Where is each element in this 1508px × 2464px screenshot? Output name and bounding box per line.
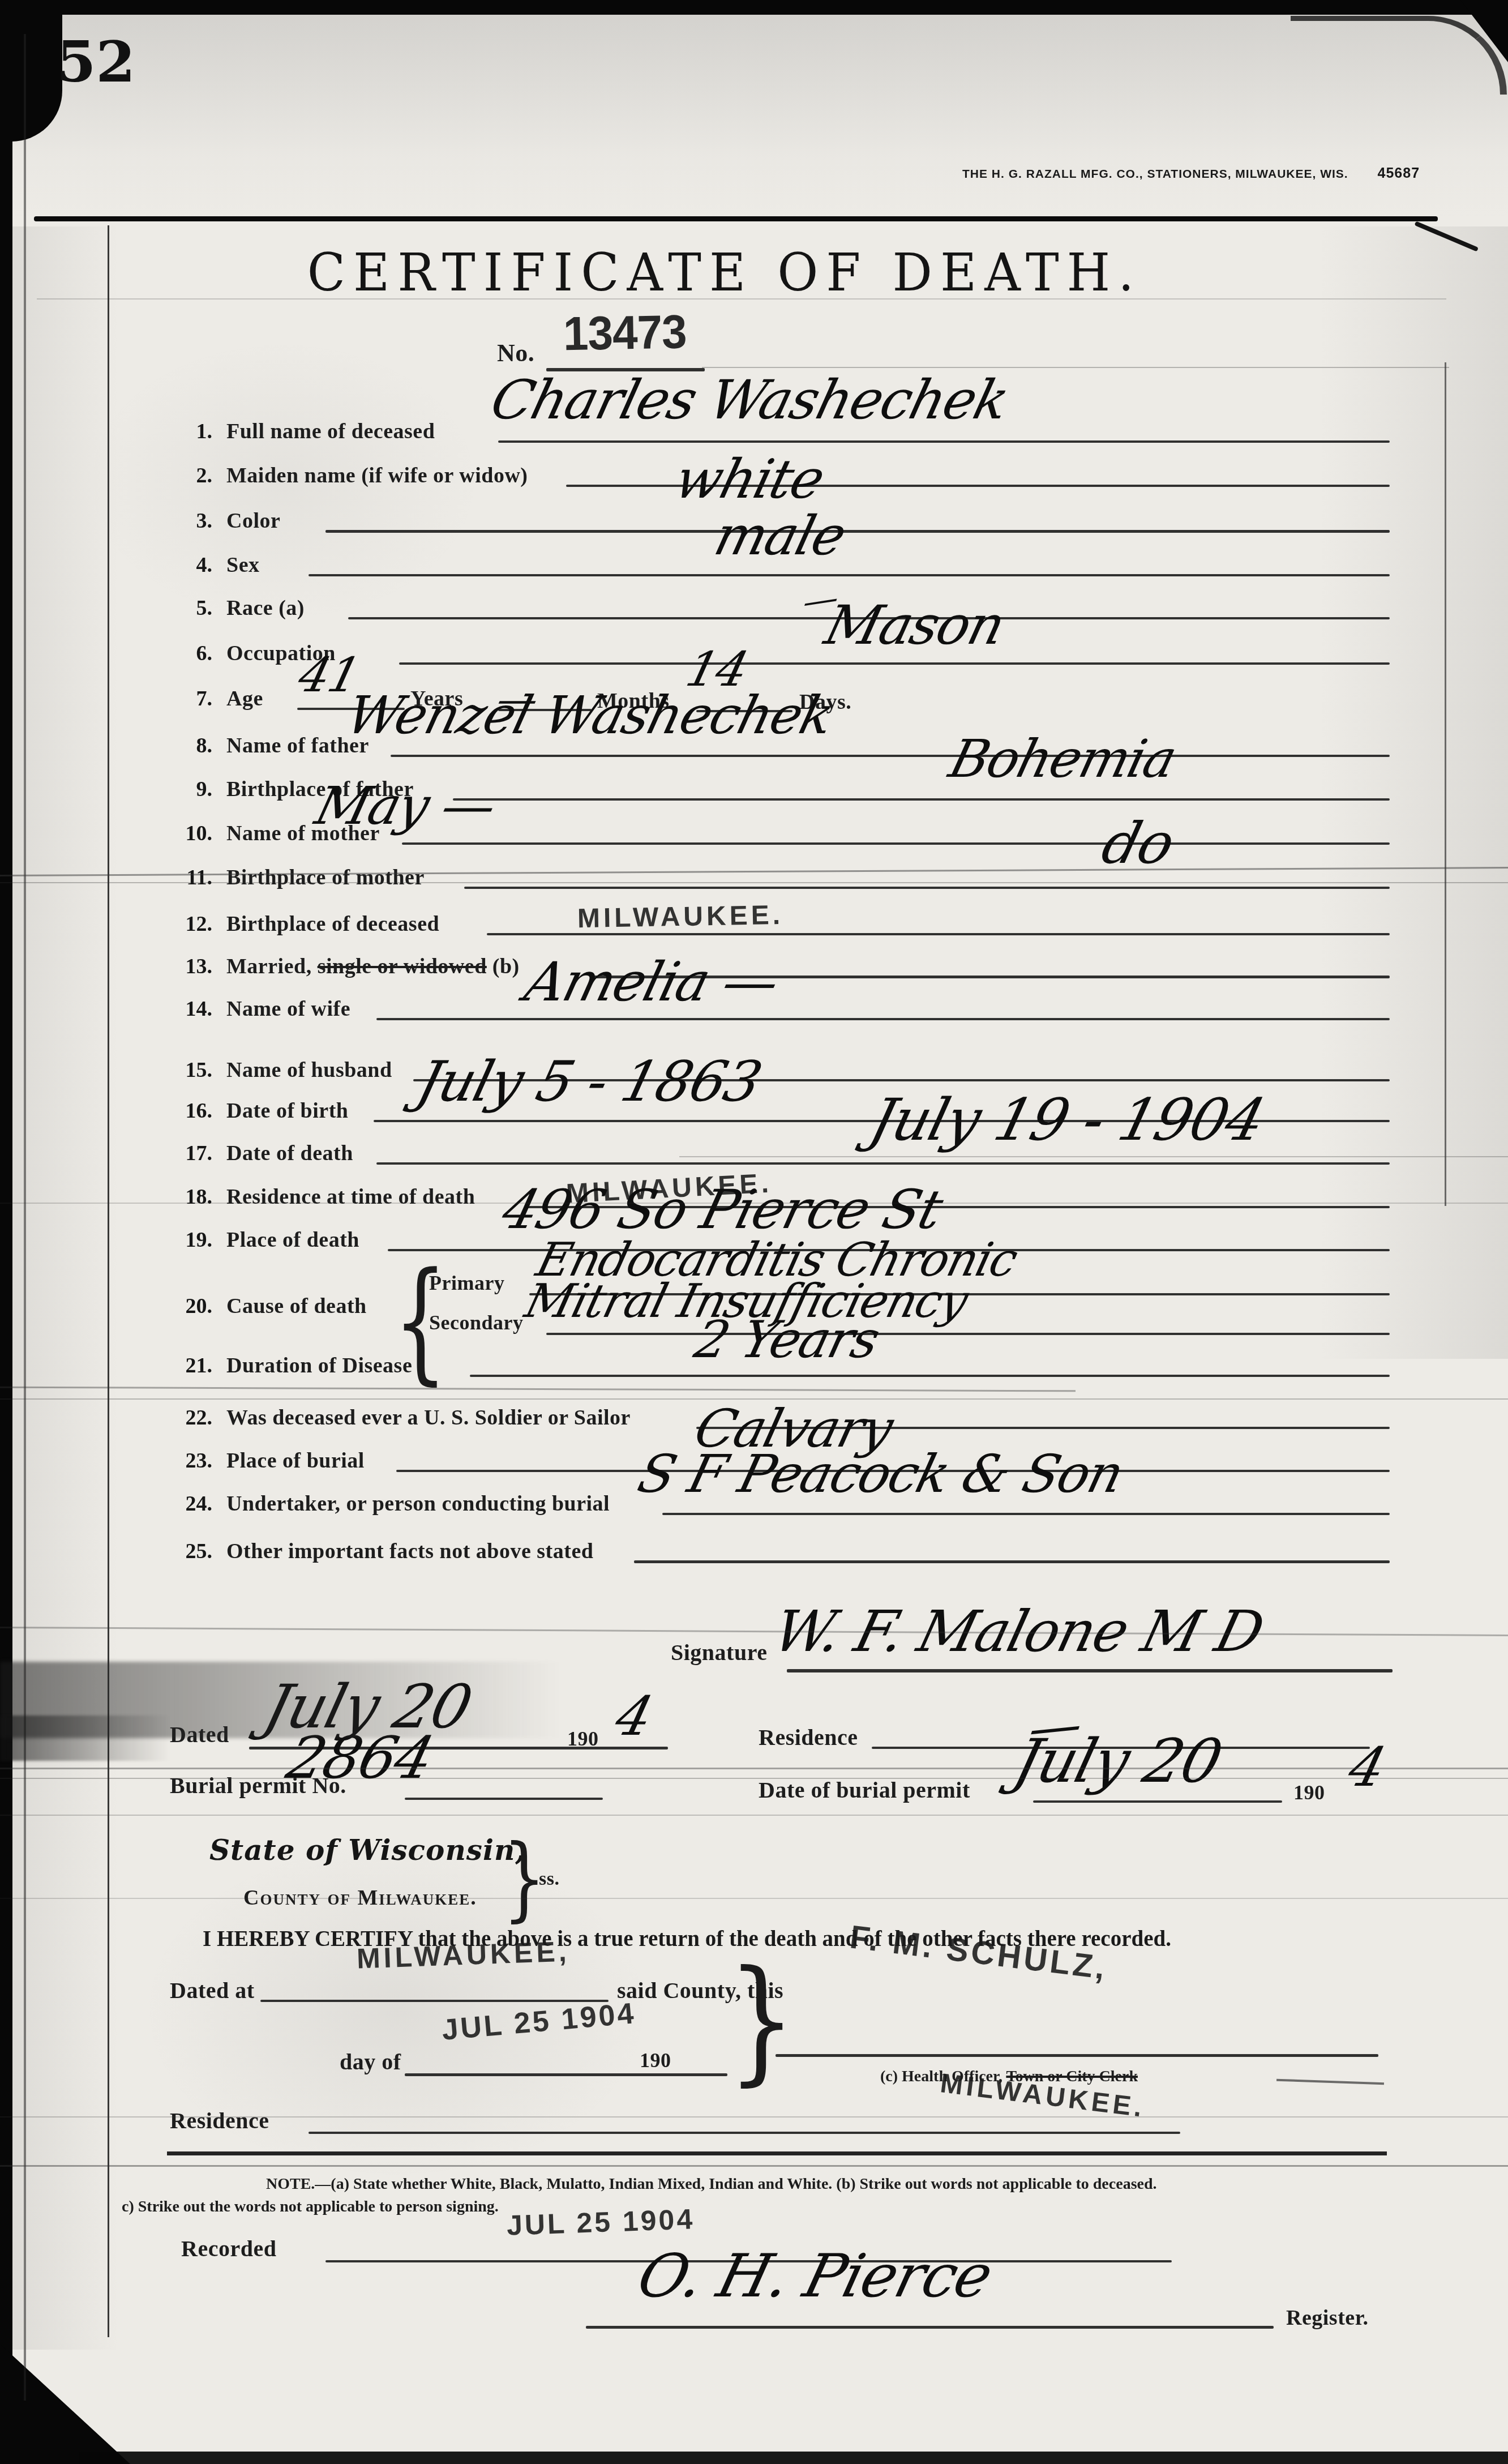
field-label-age: Age	[226, 686, 263, 711]
field-label-married: Married, single or widowed (b)	[226, 954, 520, 979]
handwritten-death-place: 496 So Pierce St	[497, 1183, 947, 1237]
field-label-wife-name: Name of wife	[226, 996, 350, 1021]
entry-line	[662, 1513, 1390, 1515]
field-label-residence-at-death: Residence at time of death	[226, 1184, 475, 1209]
item-number: 15.	[173, 1058, 212, 1083]
item-number: 2.	[173, 463, 212, 488]
scan-edge-bottom	[79, 2452, 1508, 2464]
handwritten-dated-year: 4	[610, 1690, 657, 1744]
handwritten-wife-name: Amelia —	[520, 956, 783, 1009]
paper-texture	[1319, 226, 1508, 1359]
field-label-death-place: Place of death	[226, 1227, 359, 1252]
item-number: 6.	[173, 641, 212, 666]
field-label-full-name: Full name of deceased	[226, 419, 435, 444]
field-label-sex: Sex	[226, 553, 260, 577]
state-label: State of Wisconsin,	[209, 1833, 526, 1867]
item-number: 24.	[173, 1491, 212, 1516]
milwaukee-stamp: MILWAUKEE,	[356, 1937, 570, 1973]
item-number: 1.	[173, 419, 212, 444]
stationer-imprint: THE H. G. RAZALL MFG. CO., STATIONERS, M…	[962, 165, 1420, 182]
note-line-1: NOTE.—(a) State whether White, Black, Mu…	[266, 2175, 1157, 2193]
header-rule	[34, 216, 1438, 221]
field-label-race: Race (a)	[226, 596, 305, 621]
handwritten-color: white	[670, 453, 829, 507]
burial-permit-line	[405, 1798, 603, 1800]
recorded-label: Recorded	[181, 2235, 276, 2262]
entry-line	[376, 1018, 1390, 1020]
officer-signature-line	[776, 2054, 1378, 2057]
page-edge-curve	[1291, 16, 1507, 95]
printed-190: 190	[640, 2048, 671, 2072]
item-number: 21.	[173, 1353, 212, 1378]
field-label-cause-of-death: Cause of death	[226, 1294, 367, 1319]
field-label-primary: Primary	[429, 1271, 504, 1295]
note-line-2: c) Strike out the words not applicable t…	[122, 2198, 499, 2216]
item-number: 11.	[173, 865, 212, 890]
milwaukee-stamp: MILWAUKEE.	[577, 902, 784, 932]
item-number: 18.	[173, 1184, 212, 1209]
scan-corner-top-left	[0, 0, 62, 142]
scan-streak	[0, 1768, 1508, 1769]
printed-190: 190	[1293, 1781, 1325, 1804]
scan-streak	[0, 1898, 1508, 1899]
item-number: 12.	[173, 912, 212, 936]
burial-date-label: Date of burial permit	[759, 1777, 970, 1803]
signature-label: Signature	[671, 1639, 767, 1666]
field-label-birth-date: Date of birth	[226, 1098, 348, 1123]
county-label: County of Milwaukee.	[243, 1885, 477, 1910]
item-number: 16.	[173, 1098, 212, 1123]
field-label-undertaker: Undertaker, or person conducting burial	[226, 1491, 610, 1516]
item-number: 20.	[173, 1294, 212, 1319]
register-label: Register.	[1286, 2305, 1369, 2330]
date-stamp: JUL 25 1904	[440, 1999, 637, 2045]
item-number: 4.	[173, 553, 212, 577]
handwritten-birth-date: July 5 - 1863	[412, 1054, 766, 1110]
handwritten-burial-permit-no: 2864	[281, 1730, 438, 1787]
married-post: (b)	[492, 955, 520, 978]
field-label-soldier-or-sailor: Was deceased ever a U. S. Soldier or Sai…	[226, 1405, 631, 1430]
item-number: 5.	[173, 596, 212, 621]
field-label-secondary: Secondary	[429, 1311, 524, 1334]
scan-corner-bottom-left	[0, 2344, 130, 2464]
handwritten-mother-name: May —	[311, 780, 500, 832]
residence-top-label: Residence	[759, 1724, 858, 1751]
handwritten-father-name: Wenzel Washechek	[342, 690, 838, 742]
scanned-death-certificate: 52 THE H. G. RAZALL MFG. CO., STATIONERS…	[0, 0, 1508, 2464]
paper-texture	[0, 15, 1508, 219]
scan-edge-top	[0, 0, 1508, 15]
entry-line	[309, 574, 1390, 576]
dated-at-line	[260, 2000, 609, 2002]
field-label-maiden-name: Maiden name (if wife or widow)	[226, 463, 528, 488]
certificate-no-label: No.	[497, 339, 534, 367]
strike-mark	[1276, 2079, 1384, 2085]
entry-line	[391, 755, 1390, 757]
field-label-burial-place: Place of burial	[226, 1448, 365, 1473]
entry-line	[399, 662, 1390, 665]
stationer-number: 45687	[1378, 165, 1420, 181]
entry-line	[470, 1375, 1390, 1377]
paper-texture	[11, 226, 119, 2350]
entry-line	[498, 440, 1390, 443]
handwritten-full-name: Charles Washechek	[486, 374, 1013, 427]
item-number: 13.	[173, 954, 212, 979]
item-number: 23.	[173, 1448, 212, 1473]
ss-label: ss.	[539, 1868, 559, 1890]
handwritten-occupation: Mason	[820, 599, 1009, 653]
field-label-husband-name: Name of husband	[226, 1058, 392, 1083]
page-number: 52	[57, 28, 135, 95]
item-number: 10.	[173, 821, 212, 846]
certify-brace: }	[727, 1953, 796, 2088]
handwritten-undertaker: S F Peacock & Son	[633, 1448, 1128, 1500]
scan-streak	[0, 2165, 1508, 2167]
form-left-rule	[108, 225, 109, 2337]
handwritten-burial-date-year: 4	[1343, 1741, 1390, 1795]
handwritten-mother-birthplace: do	[1097, 815, 1179, 872]
item-number: 14.	[173, 996, 212, 1021]
day-of-line	[405, 2073, 727, 2076]
handwritten-disease-duration: 2 Years	[690, 1315, 884, 1366]
entry-line	[487, 933, 1390, 935]
handwritten-sex: male	[709, 510, 850, 563]
field-label-deceased-birthplace: Birthplace of deceased	[226, 912, 439, 936]
scan-streak	[0, 1815, 1508, 1816]
entry-line	[453, 798, 1390, 801]
entry-line	[464, 887, 1390, 889]
residence-bottom-label: Residence	[170, 2107, 269, 2134]
married-struck-words: single or widowed	[318, 955, 487, 978]
handwritten-register-signature: O. H. Pierce	[632, 2247, 997, 2306]
item-number: 7.	[173, 686, 212, 711]
register-signature-line	[586, 2326, 1274, 2329]
entry-line	[546, 1333, 1390, 1335]
entry-line	[402, 842, 1390, 845]
handwritten-death-date: July 19 - 1904	[864, 1092, 1269, 1149]
certificate-no-stamp: 13473	[563, 308, 687, 358]
form-right-rule	[1445, 362, 1446, 1206]
scan-streak	[679, 1156, 1508, 1157]
field-label-other-facts: Other important facts not above stated	[226, 1539, 593, 1564]
scan-edge-left	[0, 0, 12, 2464]
scan-streak	[0, 1627, 1508, 1636]
field-label-color: Color	[226, 508, 280, 533]
item-number: 22.	[173, 1405, 212, 1430]
handwritten-burial-date: July 20	[1009, 1731, 1227, 1791]
entry-line	[325, 530, 1390, 533]
burial-date-line	[1033, 1800, 1282, 1803]
separator-rule	[167, 2151, 1387, 2155]
handwritten-father-birthplace: Bohemia	[945, 733, 1181, 785]
signature-line	[787, 1669, 1393, 1672]
dated-at-label: Dated at	[170, 1977, 255, 2004]
field-label-death-date: Date of death	[226, 1141, 353, 1166]
item-number: 25.	[173, 1539, 212, 1564]
married-pre: Married,	[226, 955, 312, 978]
document-title: CERTIFICATE OF DEATH.	[0, 242, 1449, 303]
scan-smudge	[0, 1716, 170, 1761]
item-number: 17.	[173, 1141, 212, 1166]
date-stamp: JUL 25 1904	[506, 2205, 695, 2240]
item-number: 3.	[173, 508, 212, 533]
entry-line	[376, 1162, 1390, 1165]
field-label-mother-birthplace: Birthplace of mother	[226, 865, 425, 890]
binding-crease-line	[24, 34, 26, 2401]
item-number: 8.	[173, 733, 212, 758]
scan-streak	[0, 1387, 1076, 1392]
stationer-name: THE H. G. RAZALL MFG. CO., STATIONERS, M…	[962, 168, 1348, 181]
item-number: 9.	[173, 777, 212, 802]
handwritten-physician-signature: W. F. Malone M D	[769, 1603, 1269, 1660]
residence-bottom-line	[309, 2132, 1180, 2134]
day-of-label: day of	[340, 2048, 401, 2075]
printed-190: 190	[567, 1727, 599, 1751]
entry-line	[634, 1560, 1390, 1563]
item-number: 19.	[173, 1227, 212, 1252]
scan-streak	[702, 367, 1449, 368]
field-label-disease-duration: Duration of Disease	[226, 1353, 412, 1378]
